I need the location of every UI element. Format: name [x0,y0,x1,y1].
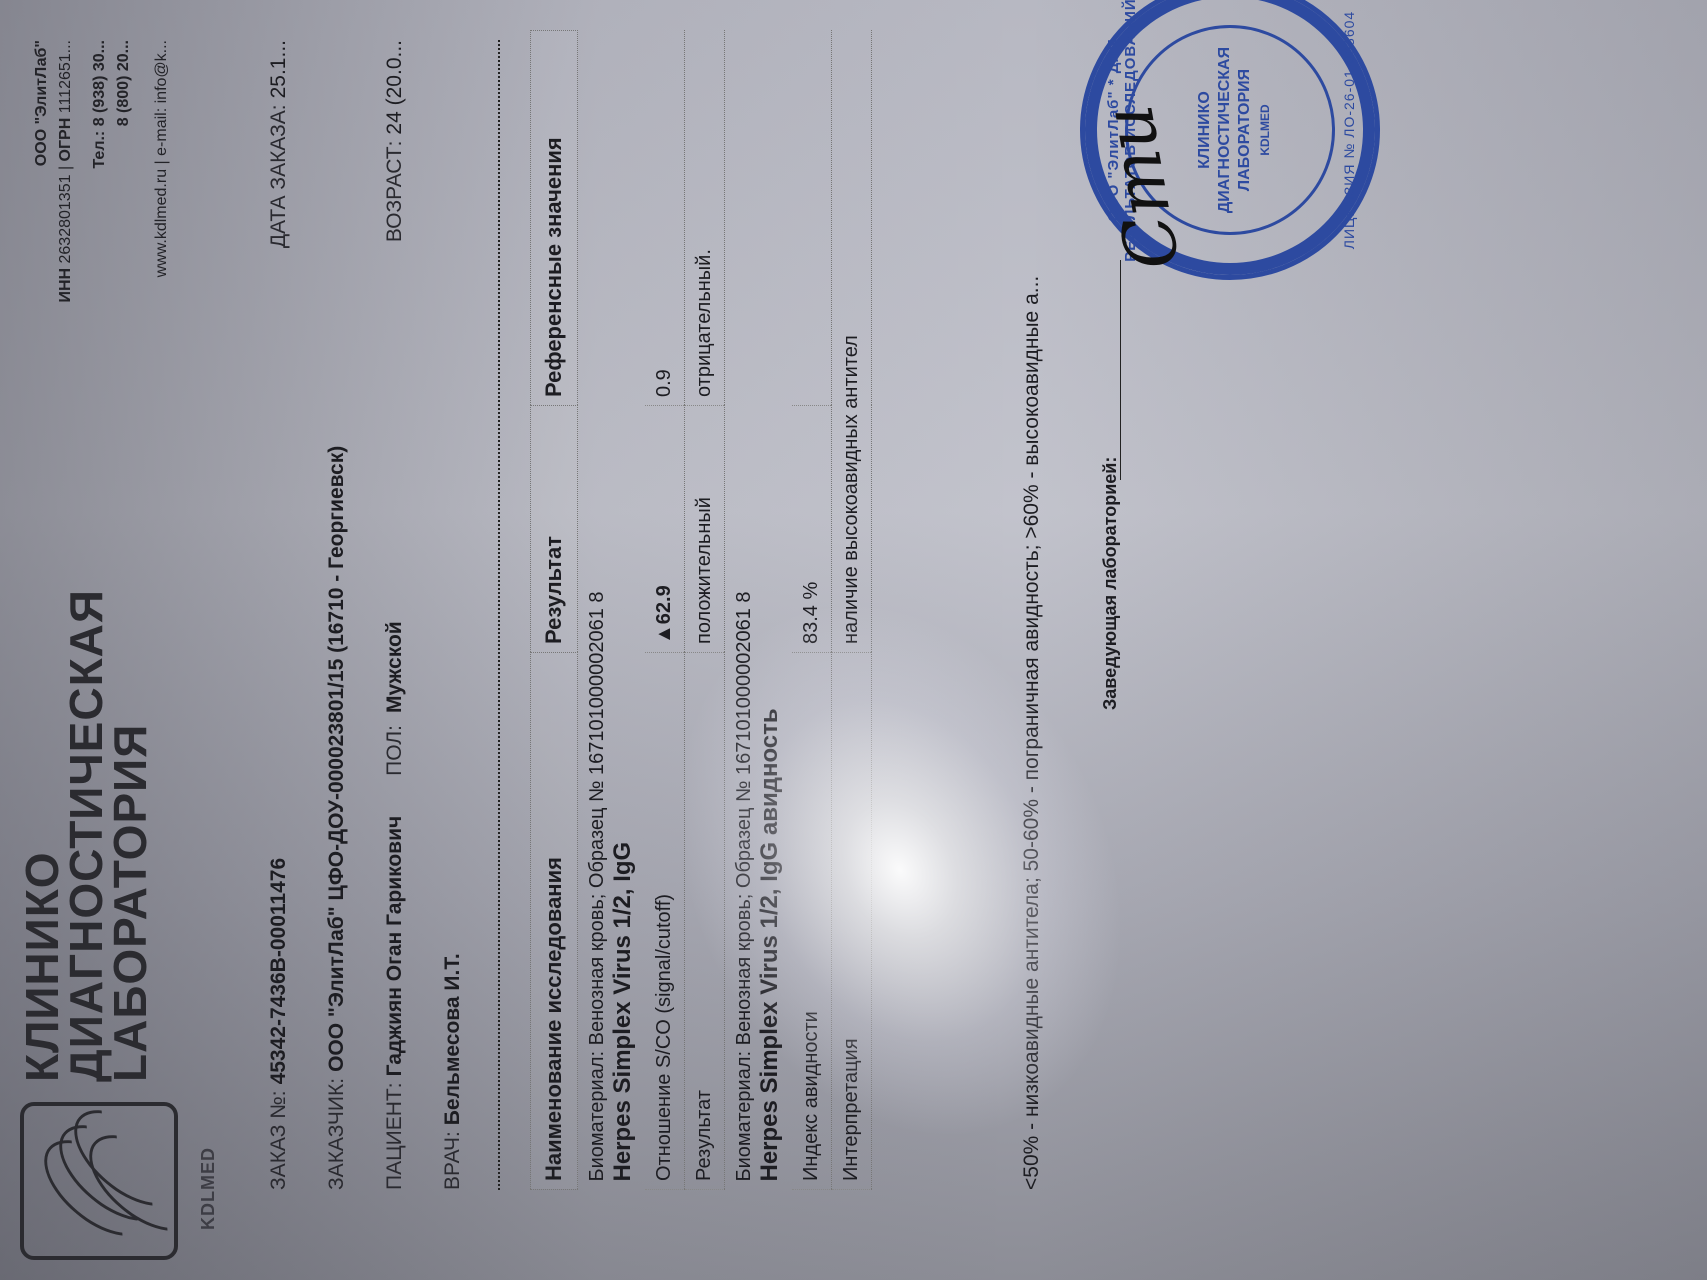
header-divider [498,40,500,1190]
lab-report-page: KDLMED КЛИНИКО ДИАГНОСТИЧЕСКАЯ LАБОРАТОР… [0,0,1707,1280]
company-phones: Тел.: 8 (938) 30... 8 (800) 20... [88,40,136,303]
test-name: Herpes Simplex Virus 1/2, IgG авидность [756,39,784,1182]
customer-row: ЗАКАЗЧИК: ООО "ЭлитЛаб" ЦФО-ДОУ-00002380… [308,40,366,1190]
logo-swirl-icon [20,1102,178,1260]
patient-sex: Мужской [383,621,407,713]
company-ids: ИНН 2632801351 | ОГРН 1112651... [54,40,78,303]
test-group-header: Биоматериал: Венозная кровь; Образец № 1… [725,31,793,1190]
table-header-row: Наименование исследования Результат Рефе… [531,31,578,1190]
logo-subtitle: KDLMED [198,1147,219,1230]
patient-row: ПАЦИЕНТ: Гаджиян Оган Гарикович ПОЛ:Мужс… [366,40,424,1190]
table-row: Результат положительный отрицательный. [685,31,725,1190]
biomaterial: Венозная кровь; Образец № 16710100000206… [586,591,608,1045]
order-date: 25.1... [267,40,291,98]
order-number: 45342-7436B-00011476 [267,858,291,1085]
website-link[interactable]: www.kdlmed.ru [153,169,170,277]
logo-text: КЛИНИКО ДИАГНОСТИЧЕСКАЯ LАБОРАТОРИЯ [20,589,152,1082]
order-row: ЗАКАЗ №: 45342-7436B-00011476 ДАТА ЗАКАЗ… [250,40,308,1190]
company-name: ООО "ЭлитЛаб" [30,40,54,303]
company-contacts: www.kdlmed.ru | e-mail: info@k... [150,40,174,303]
test-name: Herpes Simplex Virus 1/2, IgG [609,39,637,1182]
avidity-reference-note: <50% - низкоавидные антитела; 50-60% - п… [1020,0,1044,1190]
table-row: Интерпретация наличие высокоавидных анти… [832,31,872,1190]
email-link[interactable]: info@k... [153,40,170,103]
results-table: Наименование исследования Результат Рефе… [530,30,872,1190]
table-row: Индекс авидности 83.4 % [792,31,832,1190]
test-group-header: Биоматериал: Венозная кровь; Образец № 1… [578,31,646,1190]
biomaterial: Венозная кровь; Образец № 16710100000206… [733,591,755,1045]
doctor-name: Бельмесова И.Т. [441,953,465,1125]
patient-age: 24 (20.0... [383,40,407,135]
order-info: ЗАКАЗ №: 45342-7436B-00011476 ДАТА ЗАКАЗ… [250,40,482,1190]
customer-value: ООО "ЭлитЛаб" ЦФО-ДОУ-000023801/15 (1671… [325,446,349,1072]
col-header-result: Результат [531,406,578,653]
patient-name: Гаджиян Оган Гарикович [383,816,407,1077]
col-header-reference: Референсные значения [531,31,578,406]
lab-logo: KDLMED КЛИНИКО ДИАГНОСТИЧЕСКАЯ LАБОРАТОР… [20,589,178,1260]
doctor-row: ВРАЧ: Бельмесова И.Т. [424,40,482,1190]
company-details: ООО "ЭлитЛаб" ИНН 2632801351 | ОГРН 1112… [30,40,174,303]
col-header-test: Наименование исследования [531,653,578,1190]
signature-line [1120,260,1121,480]
table-row: Отношение S/CO (signal/cutoff) ▲62.9 0.9 [645,31,685,1190]
signature-label: Заведующая лабораторией: [1100,457,1121,710]
result-value-flagged: ▲62.9 [645,406,685,653]
